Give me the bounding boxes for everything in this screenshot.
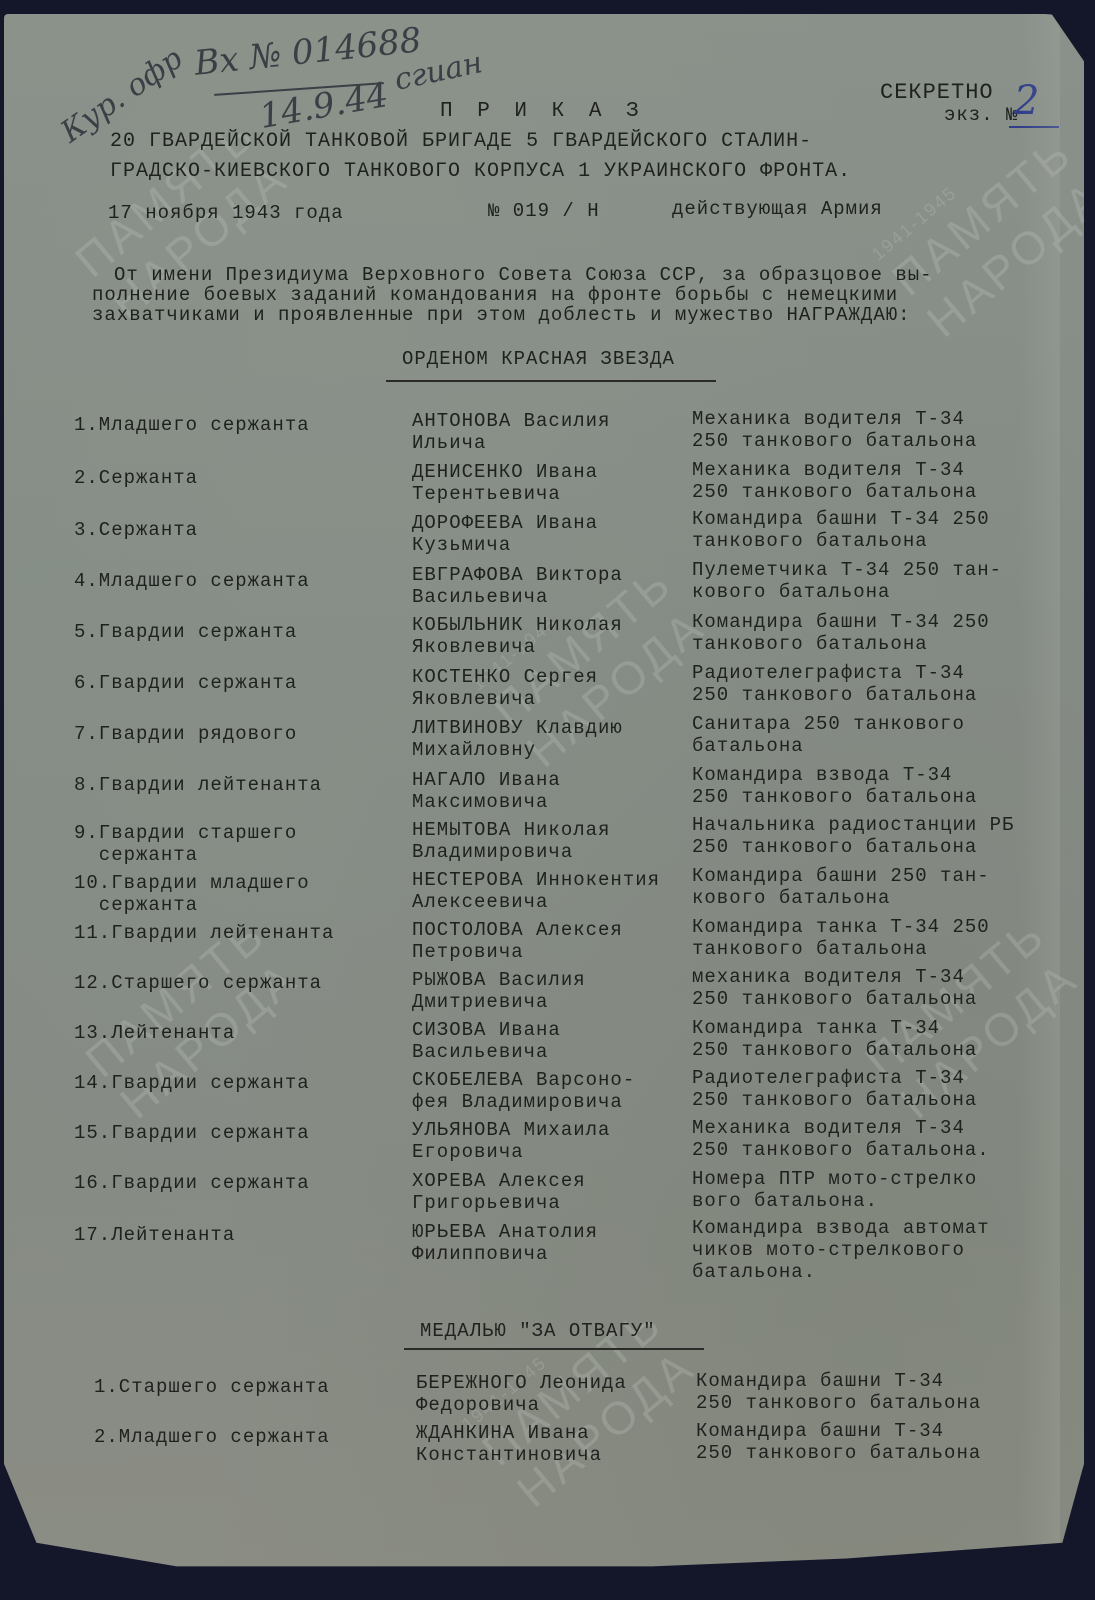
entry-position: Начальника радиостанции РБ 250 танкового… — [692, 814, 1014, 858]
entry-position: Командира взвода автомат чиков мото-стре… — [692, 1217, 990, 1283]
entry-position: Командира танка Т-34 250 танкового батал… — [692, 916, 990, 960]
entry-rank: 9.Гвардии старшего сержанта — [74, 822, 297, 866]
document-page: ПАМЯТЬНАРОДА 1941-1945ПАМЯТЬНАРОДА 1941-… — [4, 14, 1084, 1590]
handwritten-date-note: 14.9.44 — [257, 75, 392, 137]
entry-position: Механика водителя Т-34 250 танкового бат… — [692, 1117, 990, 1161]
entry-rank: 3.Сержанта — [74, 519, 198, 541]
entry-name: СИЗОВА Ивана Васильевича — [412, 1019, 561, 1063]
order-location: действующая Армия — [672, 198, 883, 220]
section-title-medal-valor: МЕДАЛЬЮ "ЗА ОТВАГУ" — [420, 1320, 656, 1342]
entry-position: Механика водителя Т-34 250 танкового бат… — [692, 408, 977, 452]
entry-name: УЛЬЯНОВА Михаила Егоровича — [412, 1119, 610, 1163]
unit-line-1: 20 ГВАРДЕЙСКОЙ ТАНКОВОЙ БРИГАДЕ 5 ГВАРДЕ… — [110, 130, 812, 153]
entry-rank: 11.Гвардии лейтенанта — [74, 922, 334, 944]
preamble-line: От имени Президиума Верховного Совета Со… — [114, 264, 933, 286]
entry-rank: 2.Сержанта — [74, 467, 198, 489]
entry-rank: 17.Лейтенанта — [74, 1224, 235, 1246]
entry-position: Командира башни Т-34 250 танкового батал… — [696, 1420, 981, 1464]
entry-name: КОБЫЛЬНИК Николая Яковлевича — [412, 614, 623, 658]
entry-position: Командира башни Т-34 250 танкового батал… — [696, 1370, 981, 1414]
entry-name: ЮРЬЕВА Анатолия Филипповича — [412, 1221, 598, 1265]
entry-rank: 7.Гвардии рядового — [74, 723, 297, 745]
entry-rank: 4.Младшего сержанта — [74, 570, 310, 592]
entry-name: ДЕНИСЕНКО Ивана Терентьевича — [412, 461, 598, 505]
entry-name: СКОБЕЛЕВА Варсоно- фея Владимировича — [412, 1069, 635, 1113]
preamble-line: полнение боевых заданий командования на … — [92, 284, 898, 306]
entry-position: Командира башни 250 тан- кового батальон… — [692, 865, 990, 909]
entry-rank: 1.Младшего сержанта — [74, 414, 310, 436]
entry-rank: 2.Младшего сержанта — [94, 1426, 330, 1448]
entry-position: Командира башни Т-34 250 танкового батал… — [692, 508, 990, 552]
section-title-underline — [386, 380, 716, 382]
entry-name: ХОРЕВА Алексея Григорьевича — [412, 1170, 586, 1214]
entry-position: Радиотелеграфиста Т-34 250 танкового бат… — [692, 1067, 977, 1111]
entry-name: КОСТЕНКО Сергея Яковлевича — [412, 666, 598, 710]
entry-position: Радиотелеграфиста Т-34 250 танкового бат… — [692, 662, 977, 706]
entry-name: ЛИТВИНОВУ Клавдию Михайловну — [412, 717, 623, 761]
entry-name: ЖДАНКИНА Ивана Константиновича — [416, 1422, 602, 1466]
entry-rank: 6.Гвардии сержанта — [74, 672, 297, 694]
entry-rank: 10.Гвардии младшего сержанта — [74, 872, 310, 916]
entry-name: ЕВГРАФОВА Виктора Васильевича — [412, 564, 623, 608]
entry-position: Механика водителя Т-34 250 танкового бат… — [692, 459, 977, 503]
entry-name: НЕСТЕРОВА Иннокентия Алексеевича — [412, 869, 660, 913]
entry-position: Командира взвода Т-34 250 танкового бата… — [692, 764, 977, 808]
entry-rank: 13.Лейтенанта — [74, 1022, 235, 1044]
entry-rank: 8.Гвардии лейтенанта — [74, 774, 322, 796]
entry-rank: 16.Гвардии сержанта — [74, 1172, 310, 1194]
entry-position: Пулеметчика Т-34 250 тан- кового батальо… — [692, 559, 1002, 603]
section-title-underline — [404, 1348, 704, 1350]
unit-line-2: ГРАДСКО-КИЕВСКОГО ТАНКОВОГО КОРПУСА 1 УК… — [110, 160, 851, 183]
entry-position: механика водителя Т-34 250 танкового бат… — [692, 966, 977, 1010]
entry-rank: 5.Гвардии сержанта — [74, 621, 297, 643]
entry-name: АНТОНОВА Василия Ильича — [412, 410, 610, 454]
copy-number: 2 — [1014, 78, 1039, 124]
handwritten-archive-ref: Вх № 014688 — [193, 20, 424, 84]
entry-position: Номера ПТР мото-стрелко вого батальона. — [692, 1168, 977, 1212]
entry-name: НЕМЫТОВА Николая Владимировича — [412, 819, 610, 863]
entry-rank: 1.Старшего сержанта — [94, 1376, 330, 1398]
copy-number-underline — [1009, 126, 1059, 128]
order-date: 17 ноября 1943 года — [108, 202, 344, 224]
entry-name: ПОСТОЛОВА Алексея Петровича — [412, 919, 623, 963]
entry-rank: 14.Гвардии сержанта — [74, 1072, 310, 1094]
entry-rank: 12.Старшего сержанта — [74, 972, 322, 994]
entry-name: НАГАЛО Ивана Максимовича — [412, 769, 561, 813]
document-title: П Р И К А З — [440, 100, 645, 123]
entry-rank: 15.Гвардии сержанта — [74, 1122, 310, 1144]
entry-position: Командира башни Т-34 250 танкового батал… — [692, 611, 990, 655]
entry-name: БЕРЕЖНОГО Леонида Федоровича — [416, 1372, 627, 1416]
secrecy-stamp: СЕКРЕТНО — [880, 80, 994, 105]
copy-label: экз. № — [944, 104, 1018, 126]
entry-name: ДОРОФЕЕВА Ивана Кузьмича — [412, 512, 598, 556]
entry-position: Санитара 250 танкового батальона — [692, 713, 965, 757]
preamble-line: захватчиками и проявленные при этом добл… — [92, 304, 911, 326]
entry-position: Командира танка Т-34 250 танкового батал… — [692, 1017, 977, 1061]
order-number: № 019 / Н — [488, 200, 600, 222]
section-title-red-star: ОРДЕНОМ КРАСНАЯ ЗВЕЗДА — [402, 348, 675, 370]
entry-name: РЫЖОВА Василия Дмитриевича — [412, 969, 586, 1013]
